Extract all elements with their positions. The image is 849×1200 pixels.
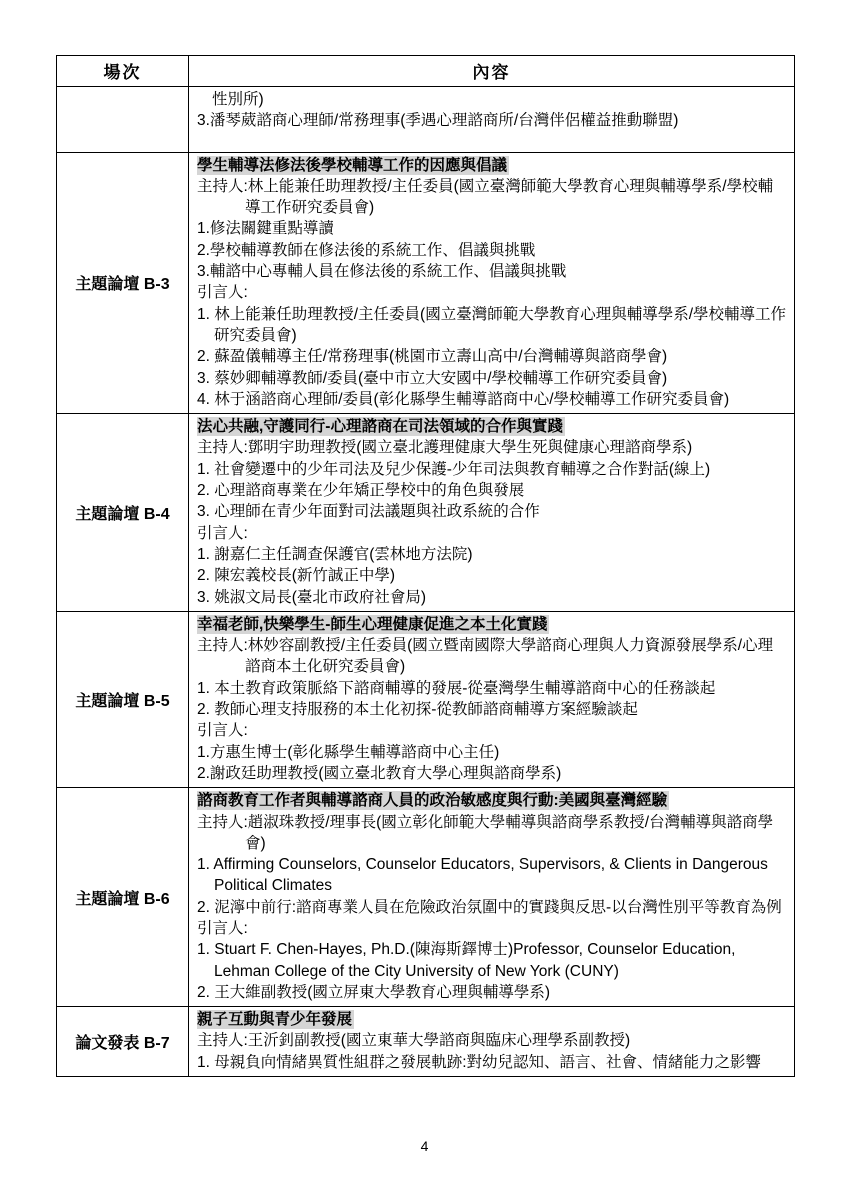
list-item: 1. 謝嘉仁主任調查保護官(雲林地方法院) — [197, 544, 786, 565]
speakers-label: 引言人: — [197, 282, 786, 303]
table-row: 主題論壇 B-3學生輔導法修法後學校輔導工作的因應與倡議主持人:林上能兼任助理教… — [57, 152, 795, 414]
session-topic-title: 法心共融,守護同行-心理諮商在司法領域的合作與實踐 — [197, 416, 786, 437]
session-topic-title: 幸福老師,快樂學生-師生心理健康促進之本土化實踐 — [197, 614, 786, 635]
speakers-label: 引言人: — [197, 523, 786, 544]
continued-text: 性別所) — [197, 89, 786, 110]
host-line: 主持人:鄧明宇助理教授(國立臺北護理健康大學生死與健康心理諮商學系) — [197, 437, 786, 458]
list-item: 3. 心理師在青少年面對司法議題與社政系統的合作 — [197, 501, 786, 522]
list-item: 3. 姚淑文局長(臺北市政府社會局) — [197, 587, 786, 608]
list-item: 2. 泥濘中前行:諮商專業人員在危險政治氛圍中的實踐與反思-以台灣性別平等教育為… — [197, 897, 786, 918]
session-content: 性別所)3.潘琴葳諮商心理師/常務理事(季遇心理諮商所/台灣伴侶權益推動聯盟) — [189, 87, 795, 153]
highlighted-title-text: 幸福老師,快樂學生-師生心理健康促進之本土化實踐 — [197, 615, 549, 634]
page-number: 4 — [0, 1138, 849, 1154]
host-line: 主持人:林上能兼任助理教授/主任委員(國立臺灣師範大學教育心理與輔導學系/學校輔… — [197, 176, 786, 219]
document-page: 場次 內容 性別所)3.潘琴葳諮商心理師/常務理事(季遇心理諮商所/台灣伴侶權益… — [0, 0, 849, 1200]
speakers-label: 引言人: — [197, 918, 786, 939]
table-row: 主題論壇 B-6諮商教育工作者與輔導諮商人員的政治敏感度與行動:美國與臺灣經驗主… — [57, 788, 795, 1007]
list-item: 1. 母親負向情緒異質性組群之發展軌跡:對幼兒認知、語言、社會、情緒能力之影響 — [197, 1052, 786, 1073]
session-topic-title: 諮商教育工作者與輔導諮商人員的政治敏感度與行動:美國與臺灣經驗 — [197, 790, 786, 811]
table-header-row: 場次 內容 — [57, 56, 795, 87]
table-row: 論文發表 B-7親子互動與青少年發展主持人:王沂釗副教授(國立東華大學諮商與臨床… — [57, 1007, 795, 1077]
session-label: 主題論壇 B-6 — [57, 788, 189, 1007]
list-item: 3.潘琴葳諮商心理師/常務理事(季遇心理諮商所/台灣伴侶權益推動聯盟) — [197, 110, 786, 131]
list-item: 1. Stuart F. Chen-Hayes, Ph.D.(陳海斯鐸博士)Pr… — [197, 939, 786, 982]
session-label: 主題論壇 B-3 — [57, 152, 189, 414]
session-content: 親子互動與青少年發展主持人:王沂釗副教授(國立東華大學諮商與臨床心理學系副教授)… — [189, 1007, 795, 1077]
schedule-table: 場次 內容 性別所)3.潘琴葳諮商心理師/常務理事(季遇心理諮商所/台灣伴侶權益… — [56, 55, 795, 1077]
column-header-content: 內容 — [189, 56, 795, 87]
highlighted-title-text: 學生輔導法修法後學校輔導工作的因應與倡議 — [197, 156, 509, 175]
list-item: 1.方惠生博士(彰化縣學生輔導諮商中心主任) — [197, 742, 786, 763]
table-row: 主題論壇 B-4法心共融,守護同行-心理諮商在司法領域的合作與實踐主持人:鄧明宇… — [57, 414, 795, 612]
table-row: 性別所)3.潘琴葳諮商心理師/常務理事(季遇心理諮商所/台灣伴侶權益推動聯盟) — [57, 87, 795, 153]
speakers-label: 引言人: — [197, 720, 786, 741]
host-line: 主持人:林妙容副教授/主任委員(國立暨南國際大學諮商心理與人力資源發展學系/心理… — [197, 635, 786, 678]
session-topic-title: 學生輔導法修法後學校輔導工作的因應與倡議 — [197, 155, 786, 176]
table-row: 主題論壇 B-5幸福老師,快樂學生-師生心理健康促進之本土化實踐主持人:林妙容副… — [57, 611, 795, 787]
list-item: 3.輔諮中心專輔人員在修法後的系統工作、倡議與挑戰 — [197, 261, 786, 282]
session-label — [57, 87, 189, 153]
session-label: 主題論壇 B-5 — [57, 611, 189, 787]
schedule-table-body: 性別所)3.潘琴葳諮商心理師/常務理事(季遇心理諮商所/台灣伴侶權益推動聯盟)主… — [57, 87, 795, 1077]
session-label: 論文發表 B-7 — [57, 1007, 189, 1077]
list-item: 2. 教師心理支持服務的本土化初探-從教師諮商輔導方案經驗談起 — [197, 699, 786, 720]
session-topic-title: 親子互動與青少年發展 — [197, 1009, 786, 1030]
list-item: 1. 本土教育政策脈絡下諮商輔導的發展-從臺灣學生輔導諮商中心的任務談起 — [197, 678, 786, 699]
list-item: 2. 心理諮商專業在少年矯正學校中的角色與發展 — [197, 480, 786, 501]
session-label: 主題論壇 B-4 — [57, 414, 189, 612]
column-header-session: 場次 — [57, 56, 189, 87]
list-item: 2.謝政廷助理教授(國立臺北教育大學心理與諮商學系) — [197, 763, 786, 784]
session-content: 諮商教育工作者與輔導諮商人員的政治敏感度與行動:美國與臺灣經驗主持人:趙淑珠教授… — [189, 788, 795, 1007]
list-item: 1. 林上能兼任助理教授/主任委員(國立臺灣師範大學教育心理與輔導學系/學校輔導… — [197, 304, 786, 347]
list-item: 3. 蔡妙卿輔導教師/委員(臺中市立大安國中/學校輔導工作研究委員會) — [197, 368, 786, 389]
list-item: 1.修法關鍵重點導讀 — [197, 218, 786, 239]
list-item: 1. 社會變遷中的少年司法及兒少保護-少年司法與教育輔導之合作對話(線上) — [197, 459, 786, 480]
list-item: 1. Affirming Counselors, Counselor Educa… — [197, 854, 786, 897]
highlighted-title-text: 諮商教育工作者與輔導諮商人員的政治敏感度與行動:美國與臺灣經驗 — [197, 791, 669, 810]
list-item: 2.學校輔導教師在修法後的系統工作、倡議與挑戰 — [197, 240, 786, 261]
highlighted-title-text: 法心共融,守護同行-心理諮商在司法領域的合作與實踐 — [197, 417, 565, 436]
host-line: 主持人:趙淑珠教授/理事長(國立彰化師範大學輔導與諮商學系教授/台灣輔導與諮商學… — [197, 812, 786, 855]
list-item: 2. 王大維副教授(國立屏東大學教育心理與輔導學系) — [197, 982, 786, 1003]
host-line: 主持人:王沂釗副教授(國立東華大學諮商與臨床心理學系副教授) — [197, 1030, 786, 1051]
session-content: 幸福老師,快樂學生-師生心理健康促進之本土化實踐主持人:林妙容副教授/主任委員(… — [189, 611, 795, 787]
list-item: 4. 林于涵諮商心理師/委員(彰化縣學生輔導諮商中心/學校輔導工作研究委員會) — [197, 389, 786, 410]
session-content: 學生輔導法修法後學校輔導工作的因應與倡議主持人:林上能兼任助理教授/主任委員(國… — [189, 152, 795, 414]
list-item: 2. 陳宏義校長(新竹誠正中學) — [197, 565, 786, 586]
list-item: 2. 蘇盈儀輔導主任/常務理事(桃園市立壽山高中/台灣輔導與諮商學會) — [197, 346, 786, 367]
highlighted-title-text: 親子互動與青少年發展 — [197, 1010, 354, 1029]
session-content: 法心共融,守護同行-心理諮商在司法領域的合作與實踐主持人:鄧明宇助理教授(國立臺… — [189, 414, 795, 612]
